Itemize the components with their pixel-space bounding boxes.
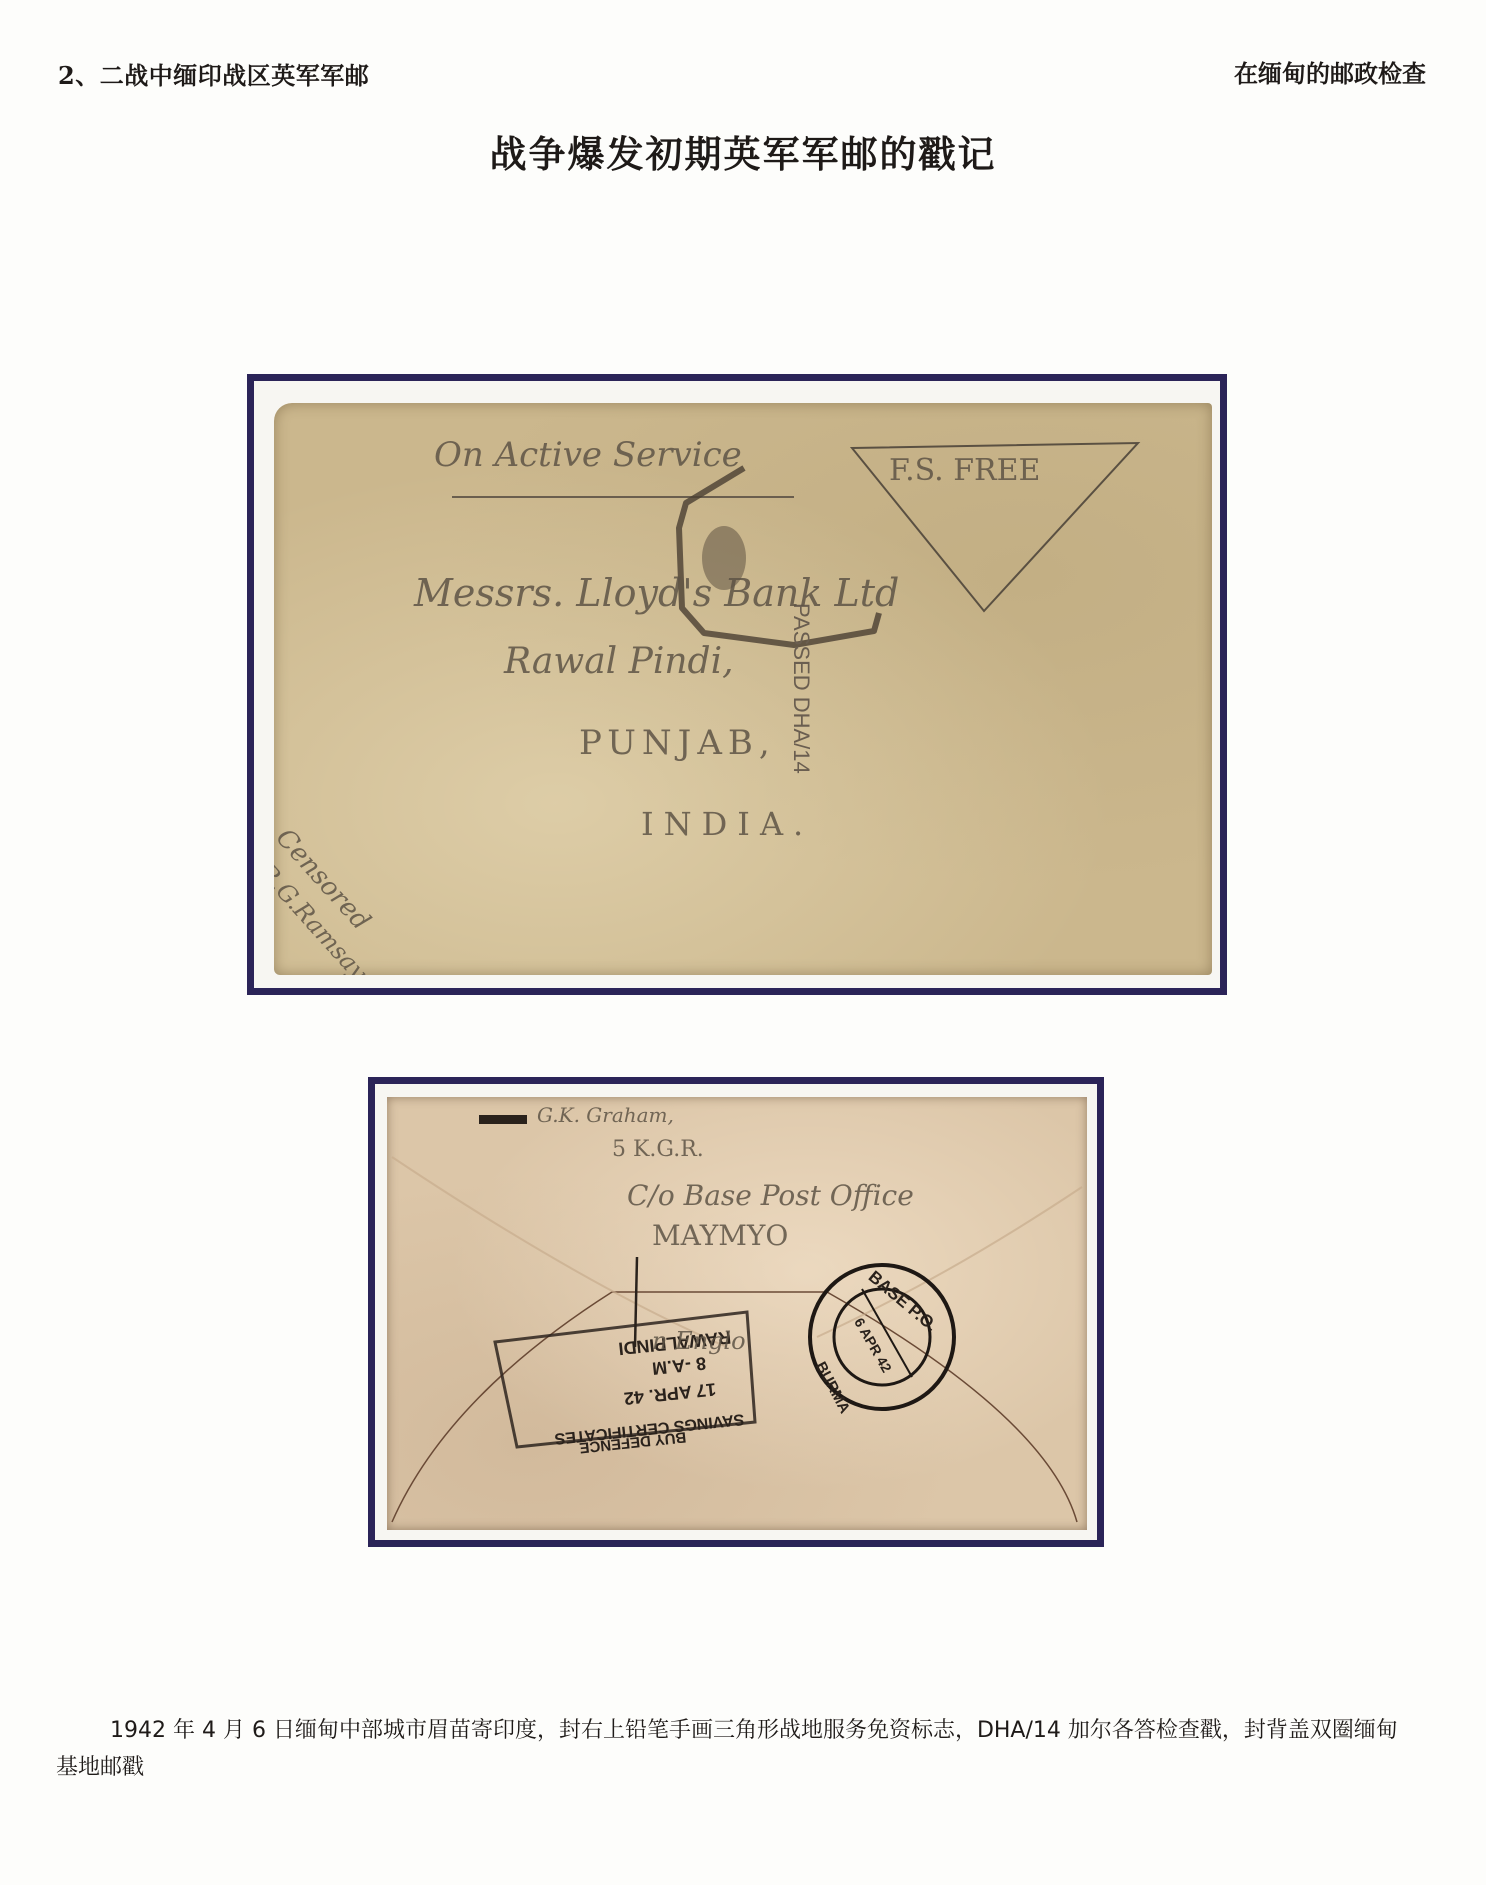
free-frank-text: F.S. FREE bbox=[889, 453, 1040, 488]
back-cover-envelope: G.K. Graham, 5 K.G.R. C/o Base Post Offi… bbox=[387, 1097, 1087, 1530]
sender-line-1: G.K. Graham, bbox=[537, 1103, 674, 1127]
censor-mark: PASSED DHA/14 bbox=[788, 603, 814, 774]
back-note: n Englo bbox=[652, 1327, 746, 1355]
address-line-2: Rawal Pindi, bbox=[504, 641, 734, 682]
front-cover-frame: On Active Service F.S. FREE PASSED DHA/1… bbox=[247, 374, 1227, 995]
back-cover-frame: G.K. Graham, 5 K.G.R. C/o Base Post Offi… bbox=[368, 1077, 1104, 1547]
section-heading: 2、二战中缅印战区英军军邮 bbox=[58, 56, 369, 91]
front-cover-markings bbox=[274, 403, 1212, 975]
endorsement-text: On Active Service bbox=[434, 435, 742, 475]
back-cover-flap-lines bbox=[387, 1097, 1087, 1530]
address-line-1: Messrs. Lloyd's Bank Ltd bbox=[414, 571, 899, 615]
subject-heading: 在缅甸的邮政检查 bbox=[1234, 54, 1426, 89]
address-line-4: INDIA. bbox=[641, 805, 813, 843]
sender-line-3: C/o Base Post Office bbox=[627, 1179, 914, 1212]
exhibit-caption: 1942 年 4 月 6 日缅甸中部城市眉苗寄印度，封右上铅笔手画三角形战地服务… bbox=[56, 1712, 1416, 1786]
sender-line-4: MAYMYO bbox=[652, 1219, 788, 1252]
page-title: 战争爆发初期英军军邮的戳记 bbox=[0, 124, 1486, 178]
sender-line-2: 5 K.G.R. bbox=[612, 1137, 704, 1162]
address-line-3: PUNJAB, bbox=[579, 723, 776, 763]
front-cover-envelope: On Active Service F.S. FREE PASSED DHA/1… bbox=[274, 403, 1212, 975]
